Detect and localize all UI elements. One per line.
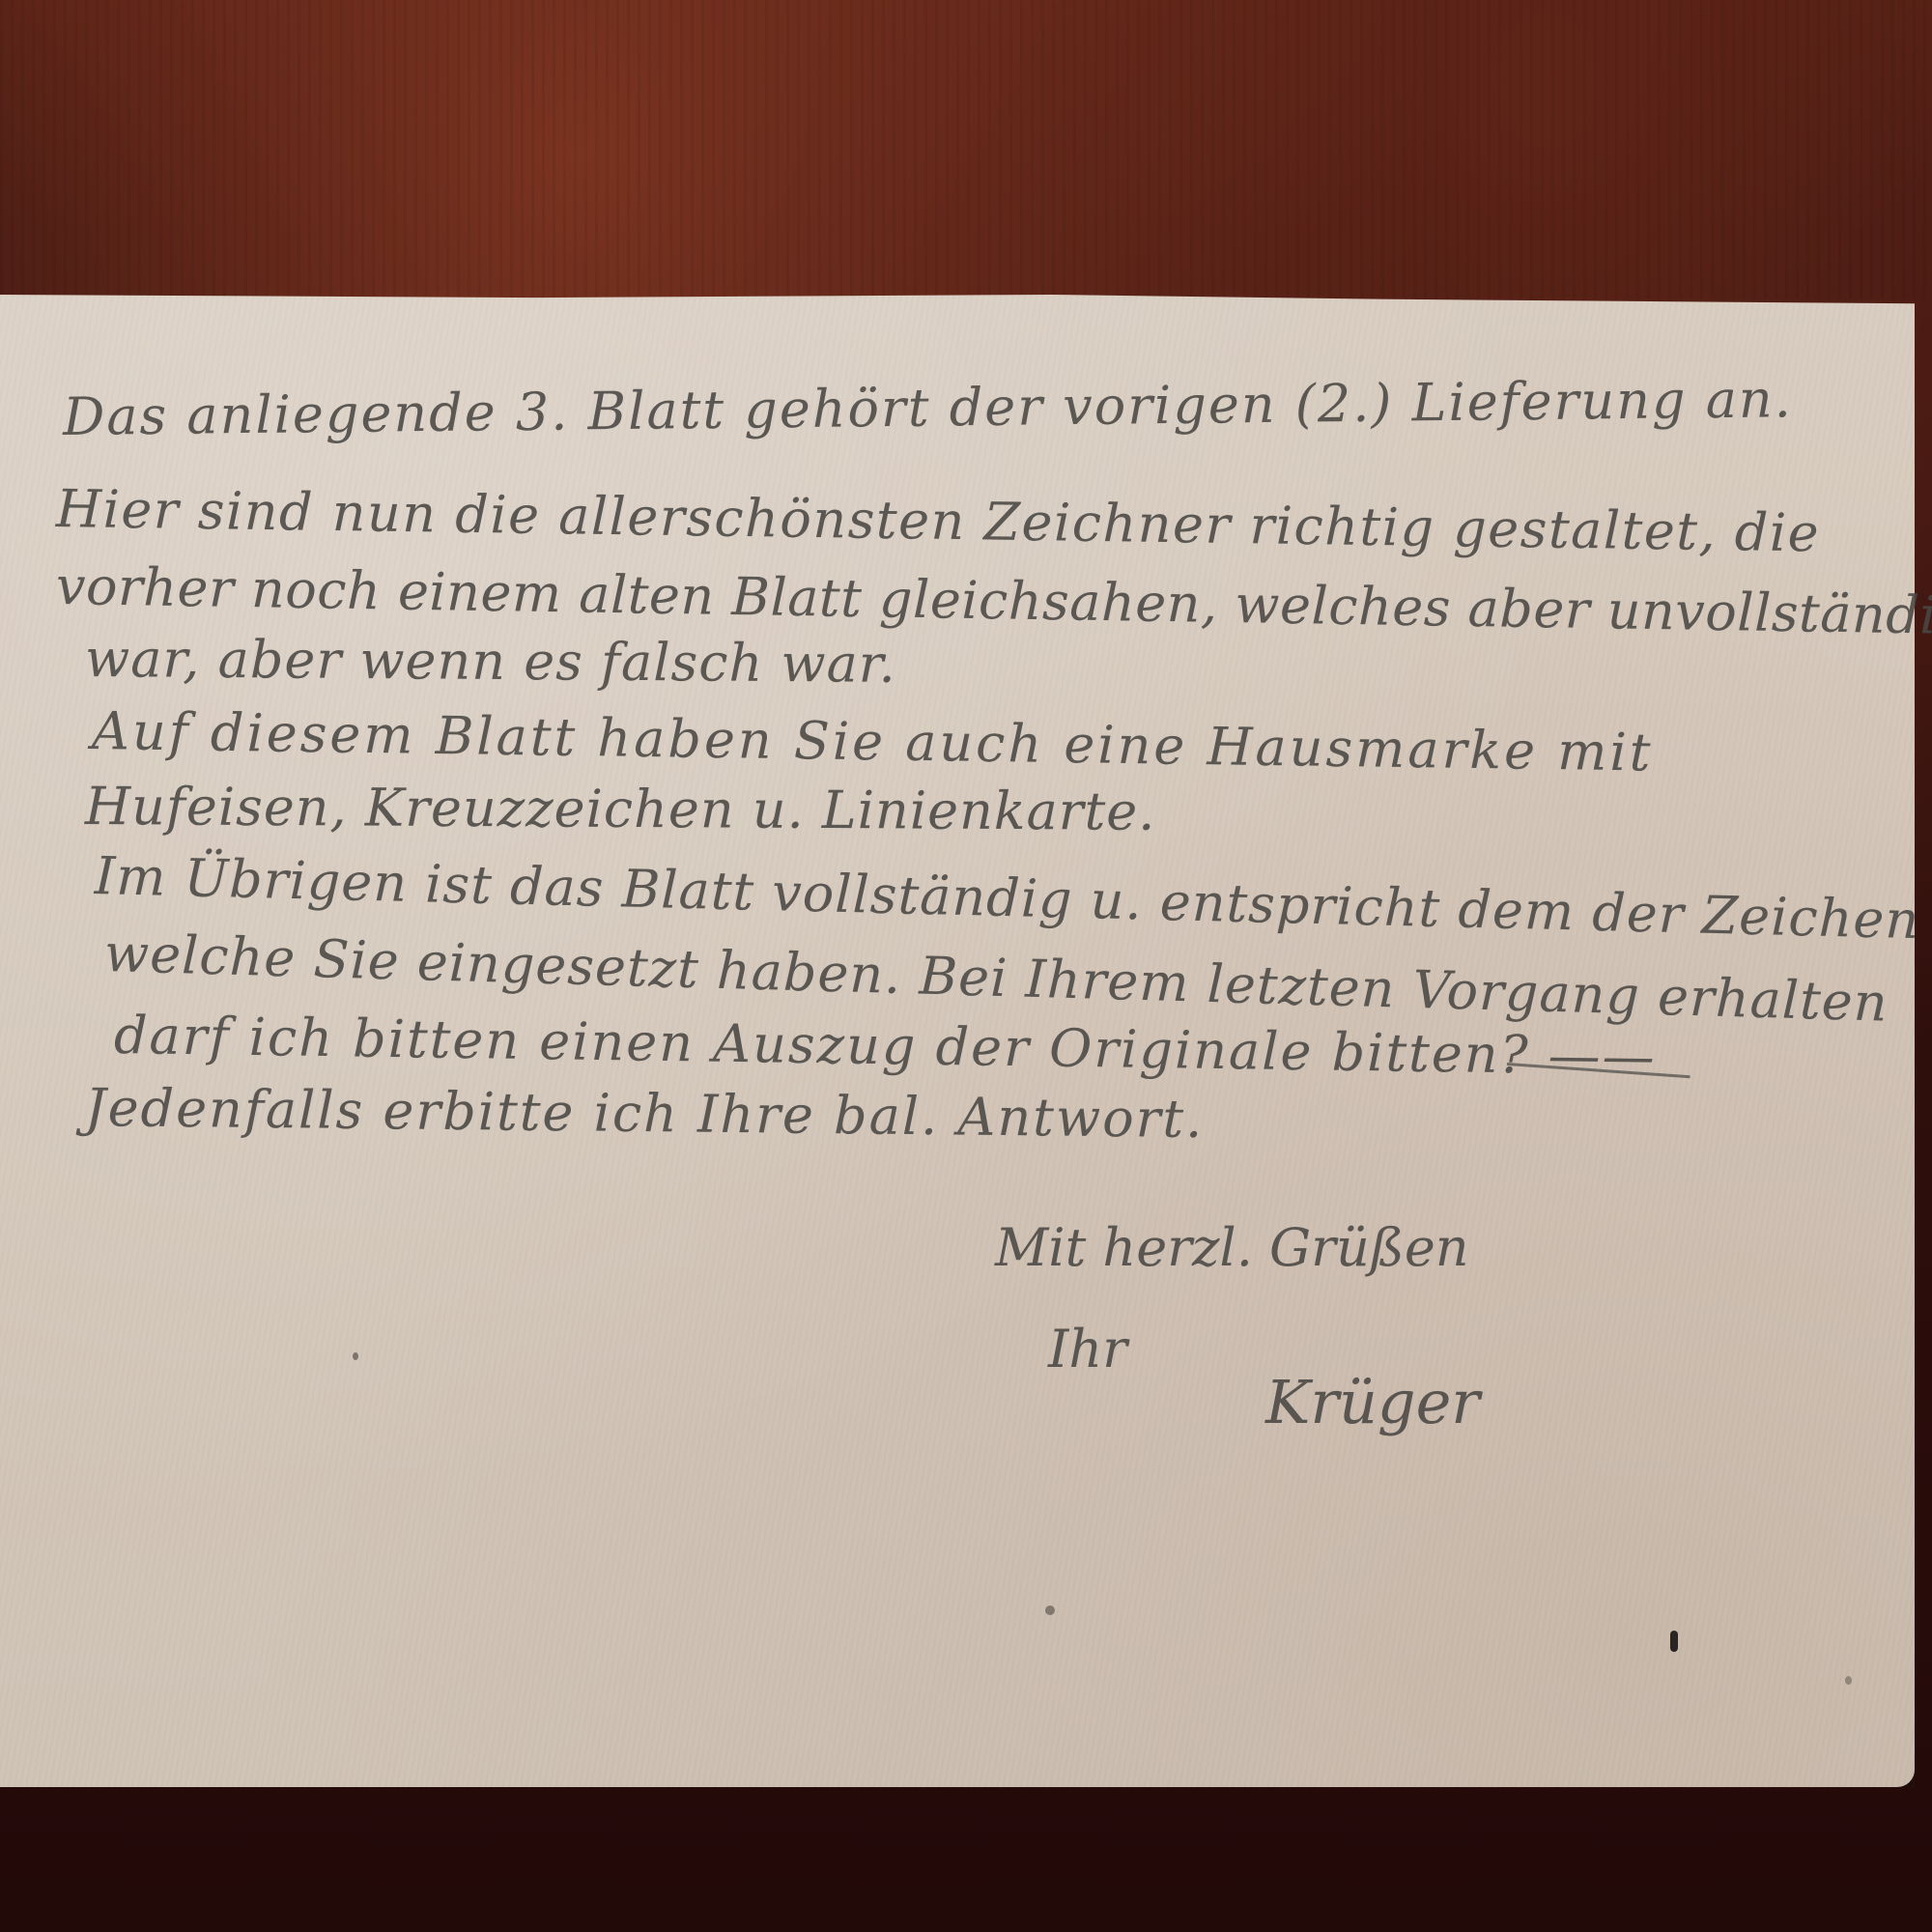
wood-table-background bbox=[0, 0, 1932, 299]
paper-speck bbox=[1845, 1676, 1852, 1685]
paper-speck bbox=[1045, 1605, 1055, 1615]
letter-line-6: Hufeisen, Kreuzzeichen u. Linienkarte. bbox=[85, 781, 1156, 838]
letter-line-4: war, aber wenn es falsch war. bbox=[85, 633, 896, 691]
letter-line-10: Jedenfalls erbitte ich Ihre bal. Antwort… bbox=[85, 1082, 1205, 1146]
signature: Krüger bbox=[1265, 1367, 1480, 1437]
closing-prefix: Ihr bbox=[1048, 1319, 1127, 1379]
closing-salutation: Mit herzl. Grüßen bbox=[995, 1217, 1469, 1278]
ink-speck bbox=[1670, 1631, 1678, 1652]
paper-speck bbox=[353, 1352, 358, 1360]
